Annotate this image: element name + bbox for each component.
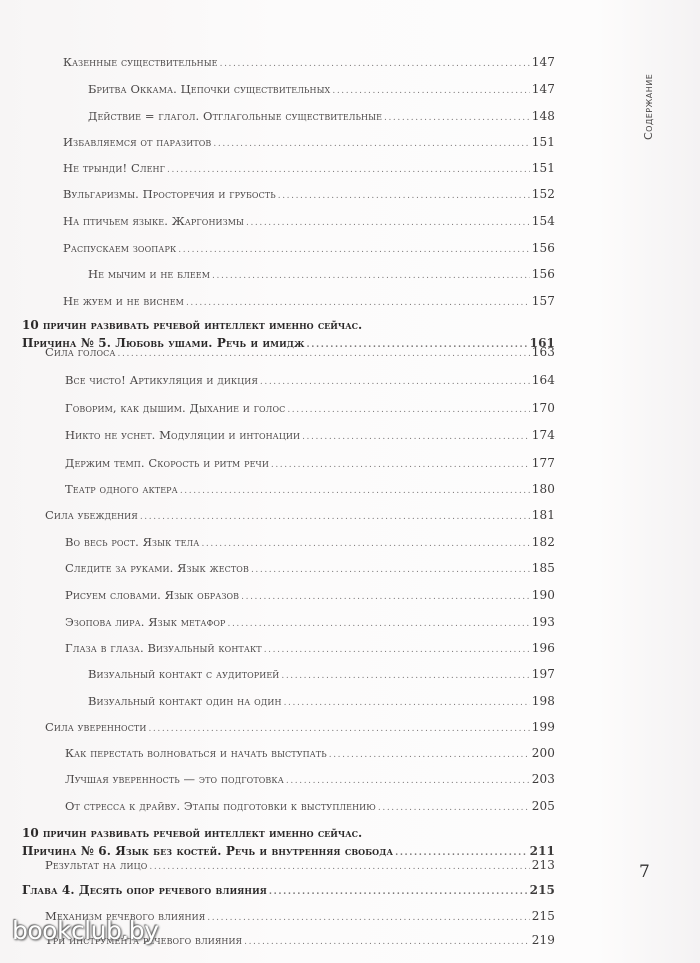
toc-heading-line: 10 причин развивать речевой интеллект им…	[22, 825, 362, 841]
toc-entry-page: 200	[532, 745, 555, 761]
toc-entry[interactable]: Держим темп. Скорость и ритм речи177	[65, 455, 555, 471]
toc-entry-title: Сила голоса	[45, 344, 116, 360]
toc-entry[interactable]: Избавляемся от паразитов151	[63, 134, 555, 150]
toc-entry-title: Результат на лицо	[45, 857, 147, 873]
dot-leader	[140, 509, 530, 525]
toc-entry-page: 151	[532, 134, 555, 150]
toc-entry[interactable]: Не трынди! Сленг151	[63, 160, 555, 176]
toc-entry[interactable]: Никто не уснет. Модуляции и интонации174	[65, 427, 555, 443]
toc-entry[interactable]: Сила уверенности199	[45, 719, 555, 735]
toc-entry-page: 157	[532, 293, 555, 309]
running-head: Содержание	[642, 74, 655, 140]
toc-entry[interactable]: Во весь рост. Язык тела182	[65, 534, 555, 550]
toc-entry[interactable]: Сила голоса163	[45, 344, 555, 360]
toc-entry[interactable]: Сила убеждения181	[45, 507, 555, 523]
toc-entry-title: Бритва Оккама. Цепочки существительных	[88, 81, 330, 97]
toc-entry-page: 215	[532, 908, 555, 924]
toc-entry-title: Визуальный контакт один на один	[88, 693, 282, 709]
toc-entry-title: Держим темп. Скорость и ритм речи	[65, 455, 269, 471]
toc-entry-page: 182	[532, 534, 555, 550]
toc-entry-page: 148	[532, 108, 555, 124]
toc-chapter-entry[interactable]: Глава 4. Десять опор речевого влияния215	[22, 882, 555, 898]
toc-entry-page: 174	[532, 427, 555, 443]
dot-leader	[244, 934, 530, 950]
toc-entry-page: 152	[532, 186, 555, 202]
dot-leader	[332, 83, 529, 99]
dot-leader	[118, 346, 530, 362]
toc-entry-title: Никто не уснет. Модуляции и интонации	[65, 427, 300, 443]
dot-leader	[278, 188, 530, 204]
dot-leader	[384, 110, 530, 126]
toc-entry-title: Действие = глагол. Отглагольные существи…	[88, 108, 382, 124]
toc-entry[interactable]: Эзопова лира. Язык метафор193	[65, 614, 555, 630]
toc-entry-page: 181	[532, 507, 555, 523]
toc-entry[interactable]: Не жуем и не виснем157	[63, 293, 555, 309]
toc-entry-title: Распускаем зоопарк	[63, 240, 176, 256]
toc-entry-title: Все чисто! Артикуляция и дикция	[65, 372, 258, 388]
dot-leader	[213, 136, 529, 152]
toc-entry-title: Глаза в глаза. Визуальный контакт	[65, 640, 262, 656]
toc-entry-title: Сила убеждения	[45, 507, 138, 523]
toc-entry-title: Следите за руками. Язык жестов	[65, 560, 249, 576]
toc-entry-page: 147	[532, 81, 555, 97]
toc-entry-title: Глава 4. Десять опор речевого влияния	[22, 882, 267, 898]
dot-leader	[281, 668, 529, 684]
dot-leader	[227, 616, 529, 632]
dot-leader	[167, 162, 530, 178]
toc-entry-title: Не трынди! Сленг	[63, 160, 165, 176]
toc-entry-page: 203	[532, 771, 555, 787]
toc-entry-page: 170	[532, 400, 555, 416]
toc-entry-page: 190	[532, 587, 555, 603]
toc-entry-page: 151	[532, 160, 555, 176]
toc-entry-page: 205	[532, 798, 555, 814]
toc-entry-title: Сила уверенности	[45, 719, 146, 735]
toc-entry-title: Избавляемся от паразитов	[63, 134, 211, 150]
toc-entry-page: 193	[532, 614, 555, 630]
dot-leader	[269, 884, 528, 900]
toc-entry[interactable]: Бритва Оккама. Цепочки существительных14…	[88, 81, 555, 97]
toc-entry-page: 164	[532, 372, 555, 388]
dot-leader	[201, 536, 529, 552]
toc-entry-page: 177	[532, 455, 555, 471]
toc-entry-title: От стресса к драйву. Этапы подготовки к …	[65, 798, 376, 814]
dot-leader	[178, 242, 530, 258]
toc-entry[interactable]: Лучшая уверенность — это подготовка203	[65, 771, 555, 787]
toc-entry-page: 219	[532, 932, 555, 948]
toc-entry-title: Визуальный контакт с аудиторией	[88, 666, 279, 682]
dot-leader	[212, 268, 530, 284]
toc-entry-page: 197	[532, 666, 555, 682]
toc-entry[interactable]: Говорим, как дышим. Дыхание и голос170	[65, 400, 555, 416]
toc-entry[interactable]: На птичьем языке. Жаргонизмы154	[63, 213, 555, 229]
toc-entry[interactable]: Визуальный контакт с аудиторией197	[88, 666, 555, 682]
toc-entry-title: Не жуем и не виснем	[63, 293, 184, 309]
toc-entry-page: 147	[532, 54, 555, 70]
toc-entry-page: 154	[532, 213, 555, 229]
dot-leader	[180, 483, 530, 499]
toc-entry-page: 196	[532, 640, 555, 656]
toc-entry-title: Лучшая уверенность — это подготовка	[65, 771, 284, 787]
toc-entry-page: 215	[530, 882, 555, 898]
toc-entry-title: Вульгаризмы. Просторечия и грубость	[63, 186, 276, 202]
watermark-logo: bookclub.by	[12, 916, 158, 945]
toc-entry[interactable]: Результат на лицо213	[45, 857, 555, 873]
toc-entry[interactable]: Все чисто! Артикуляция и дикция164	[65, 372, 555, 388]
toc-entry[interactable]: Глаза в глаза. Визуальный контакт196	[65, 640, 555, 656]
dot-leader	[149, 859, 529, 875]
toc-entry[interactable]: Казенные существительные147	[63, 54, 555, 70]
toc-entry[interactable]: Вульгаризмы. Просторечия и грубость152	[63, 186, 555, 202]
toc-entry[interactable]: Не мычим и не блеем156	[88, 266, 555, 282]
dot-leader	[186, 295, 530, 311]
toc-entry-page: 185	[532, 560, 555, 576]
dot-leader	[220, 56, 530, 72]
toc-entry-title: Говорим, как дышим. Дыхание и голос	[65, 400, 285, 416]
dot-leader	[264, 642, 530, 658]
dot-leader	[286, 773, 530, 789]
dot-leader	[241, 589, 530, 605]
toc-entry[interactable]: Действие = глагол. Отглагольные существи…	[88, 108, 555, 124]
dot-leader	[329, 747, 530, 763]
toc-entry-page: 213	[532, 857, 555, 873]
book-page: Казенные существительные147Бритва Оккама…	[0, 0, 700, 963]
dot-leader	[287, 402, 529, 418]
toc-entry-title: Казенные существительные	[63, 54, 218, 70]
toc-entry-title: Эзопова лира. Язык метафор	[65, 614, 225, 630]
dot-leader	[284, 695, 530, 711]
toc-entry[interactable]: Как перестать волноваться и начать высту…	[65, 745, 555, 761]
toc-entry-page: 180	[532, 481, 555, 497]
toc-entry-title: Театр одного актера	[65, 481, 178, 497]
toc-entry-title: Во весь рост. Язык тела	[65, 534, 199, 550]
dot-leader	[378, 800, 530, 816]
toc-entry[interactable]: Театр одного актера180	[65, 481, 555, 497]
dot-leader	[260, 374, 530, 390]
dot-leader	[302, 429, 530, 445]
toc-entry[interactable]: Рисуем словами. Язык образов190	[65, 587, 555, 603]
toc-entry[interactable]: От стресса к драйву. Этапы подготовки к …	[65, 798, 555, 814]
toc-entry-page: 156	[532, 240, 555, 256]
toc-entry-page: 156	[532, 266, 555, 282]
page-number: 7	[639, 862, 650, 882]
dot-leader	[271, 457, 530, 473]
toc-entry-title: Как перестать волноваться и начать высту…	[65, 745, 327, 761]
toc-entry-page: 198	[532, 693, 555, 709]
toc-entry[interactable]: Следите за руками. Язык жестов185	[65, 560, 555, 576]
toc-entry-page: 199	[532, 719, 555, 735]
dot-leader	[251, 562, 530, 578]
dot-leader	[207, 910, 530, 926]
dot-leader	[148, 721, 529, 737]
toc-entry-title: Не мычим и не блеем	[88, 266, 210, 282]
dot-leader	[246, 215, 530, 231]
toc-heading-line: 10 причин развивать речевой интеллект им…	[22, 317, 362, 333]
toc-entry-page: 163	[532, 344, 555, 360]
toc-entry[interactable]: Визуальный контакт один на один198	[88, 693, 555, 709]
toc-entry-title: Рисуем словами. Язык образов	[65, 587, 239, 603]
toc-entry-title: На птичьем языке. Жаргонизмы	[63, 213, 244, 229]
toc-entry[interactable]: Распускаем зоопарк156	[63, 240, 555, 256]
